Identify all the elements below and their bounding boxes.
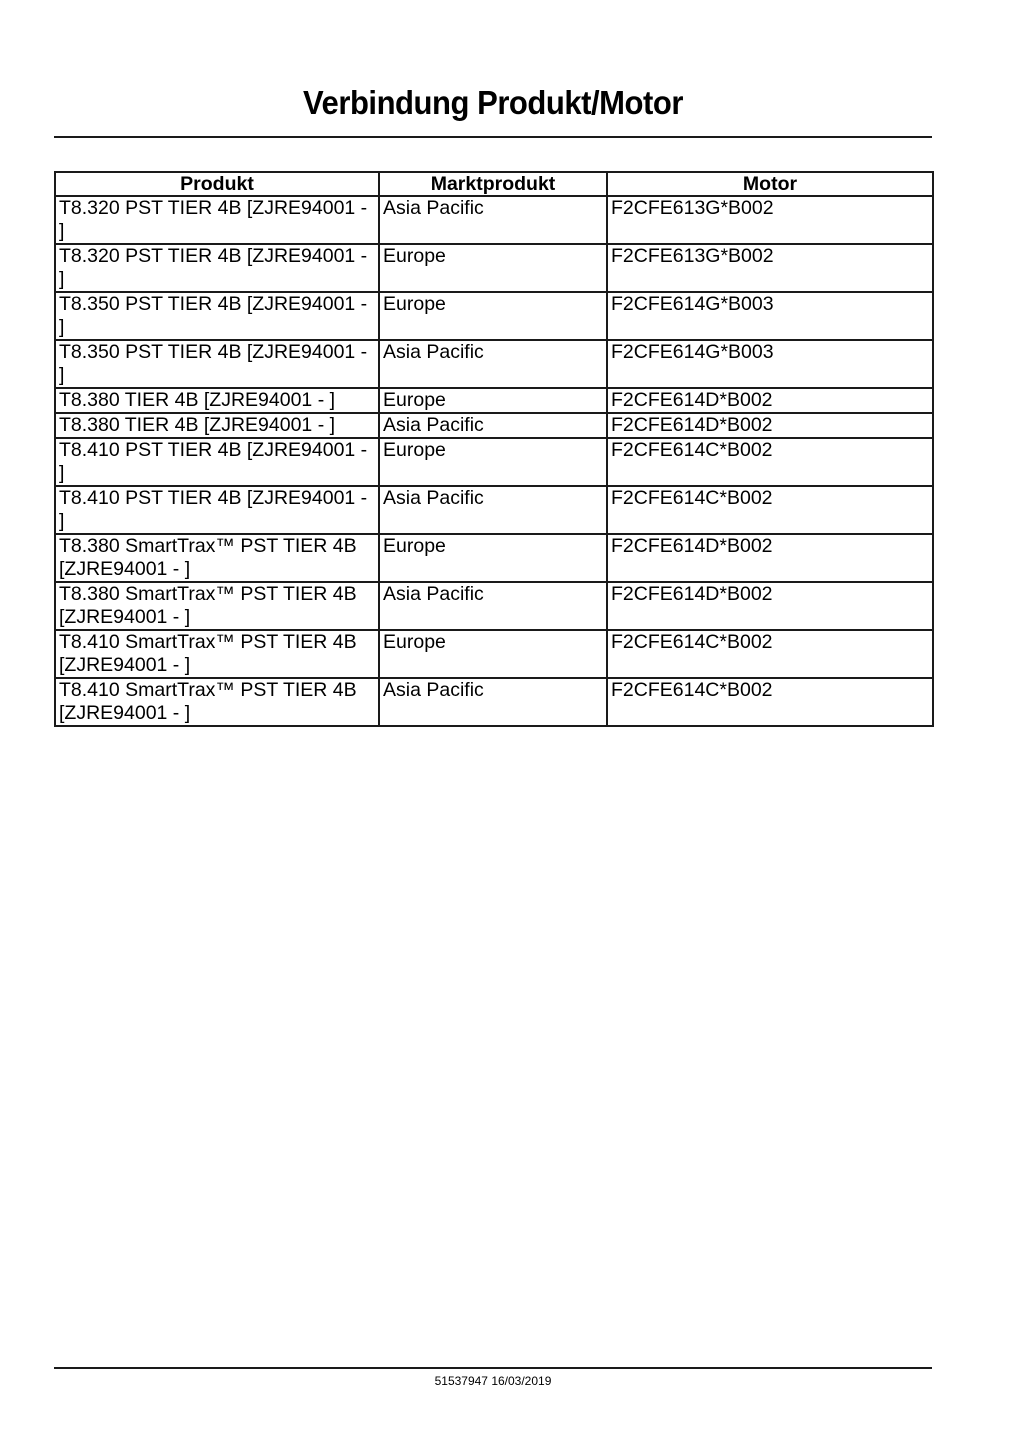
cell-marktprodukt: Europe (379, 630, 607, 678)
cell-produkt: T8.380 TIER 4B [ZJRE94001 - ] (55, 388, 379, 413)
title-divider (54, 136, 932, 138)
product-engine-table: Produkt Marktprodukt Motor T8.320 PST TI… (54, 171, 934, 727)
cell-motor: F2CFE614C*B002 (607, 438, 933, 486)
cell-motor: F2CFE614G*B003 (607, 340, 933, 388)
table-row: T8.380 TIER 4B [ZJRE94001 - ]EuropeF2CFE… (55, 388, 933, 413)
cell-produkt: T8.320 PST TIER 4B [ZJRE94001 - ] (55, 196, 379, 244)
cell-motor: F2CFE614C*B002 (607, 678, 933, 726)
table-row: T8.410 PST TIER 4B [ZJRE94001 - ]EuropeF… (55, 438, 933, 486)
column-header-motor: Motor (607, 172, 933, 196)
cell-motor: F2CFE614D*B002 (607, 388, 933, 413)
table-row: T8.320 PST TIER 4B [ZJRE94001 - ]EuropeF… (55, 244, 933, 292)
footer-divider (54, 1367, 932, 1369)
cell-marktprodukt: Asia Pacific (379, 413, 607, 438)
cell-motor: F2CFE614C*B002 (607, 486, 933, 534)
cell-produkt: T8.350 PST TIER 4B [ZJRE94001 - ] (55, 340, 379, 388)
cell-motor: F2CFE614C*B002 (607, 630, 933, 678)
cell-produkt: T8.350 PST TIER 4B [ZJRE94001 - ] (55, 292, 379, 340)
table-body: T8.320 PST TIER 4B [ZJRE94001 - ]Asia Pa… (55, 196, 933, 726)
page-title: Verbindung Produkt/Motor (80, 84, 905, 122)
table-row: T8.380 SmartTrax™ PST TIER 4B [ZJRE94001… (55, 534, 933, 582)
table-header-row: Produkt Marktprodukt Motor (55, 172, 933, 196)
cell-motor: F2CFE613G*B002 (607, 196, 933, 244)
table-row: T8.410 SmartTrax™ PST TIER 4B [ZJRE94001… (55, 630, 933, 678)
cell-marktprodukt: Asia Pacific (379, 582, 607, 630)
cell-marktprodukt: Europe (379, 438, 607, 486)
table-row: T8.380 TIER 4B [ZJRE94001 - ]Asia Pacifi… (55, 413, 933, 438)
cell-marktprodukt: Asia Pacific (379, 678, 607, 726)
cell-produkt: T8.380 TIER 4B [ZJRE94001 - ] (55, 413, 379, 438)
cell-marktprodukt: Asia Pacific (379, 196, 607, 244)
table-row: T8.410 PST TIER 4B [ZJRE94001 - ]Asia Pa… (55, 486, 933, 534)
cell-motor: F2CFE614G*B003 (607, 292, 933, 340)
cell-marktprodukt: Europe (379, 244, 607, 292)
cell-produkt: T8.380 SmartTrax™ PST TIER 4B [ZJRE94001… (55, 582, 379, 630)
cell-produkt: T8.410 PST TIER 4B [ZJRE94001 - ] (55, 438, 379, 486)
cell-produkt: T8.410 SmartTrax™ PST TIER 4B [ZJRE94001… (55, 630, 379, 678)
cell-motor: F2CFE613G*B002 (607, 244, 933, 292)
table-row: T8.350 PST TIER 4B [ZJRE94001 - ]Asia Pa… (55, 340, 933, 388)
cell-produkt: T8.410 PST TIER 4B [ZJRE94001 - ] (55, 486, 379, 534)
cell-produkt: T8.320 PST TIER 4B [ZJRE94001 - ] (55, 244, 379, 292)
column-header-marktprodukt: Marktprodukt (379, 172, 607, 196)
cell-motor: F2CFE614D*B002 (607, 582, 933, 630)
cell-marktprodukt: Europe (379, 534, 607, 582)
cell-motor: F2CFE614D*B002 (607, 413, 933, 438)
cell-marktprodukt: Asia Pacific (379, 340, 607, 388)
cell-marktprodukt: Europe (379, 388, 607, 413)
cell-marktprodukt: Europe (379, 292, 607, 340)
cell-marktprodukt: Asia Pacific (379, 486, 607, 534)
cell-motor: F2CFE614D*B002 (607, 534, 933, 582)
column-header-produkt: Produkt (55, 172, 379, 196)
table-row: T8.410 SmartTrax™ PST TIER 4B [ZJRE94001… (55, 678, 933, 726)
footer-doc-id-date: 51537947 16/03/2019 (54, 1374, 932, 1388)
cell-produkt: T8.410 SmartTrax™ PST TIER 4B [ZJRE94001… (55, 678, 379, 726)
table-row: T8.350 PST TIER 4B [ZJRE94001 - ]EuropeF… (55, 292, 933, 340)
cell-produkt: T8.380 SmartTrax™ PST TIER 4B [ZJRE94001… (55, 534, 379, 582)
table-row: T8.380 SmartTrax™ PST TIER 4B [ZJRE94001… (55, 582, 933, 630)
table-row: T8.320 PST TIER 4B [ZJRE94001 - ]Asia Pa… (55, 196, 933, 244)
